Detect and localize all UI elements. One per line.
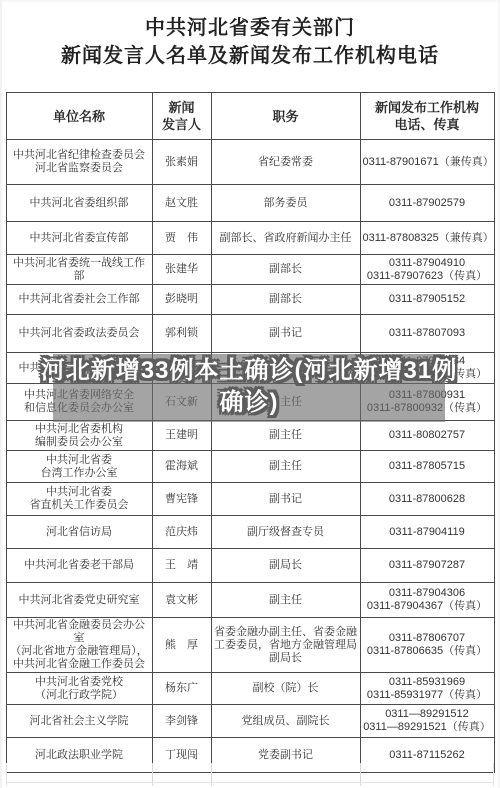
col-header-phone: 新闻发布工作机构 电话、传真 bbox=[360, 93, 494, 140]
unit-cell: 中共河北省委党史研究室 bbox=[6, 583, 152, 618]
position-cell: 副主任 bbox=[211, 421, 360, 451]
spokesperson-cell: 赵文胜 bbox=[152, 185, 211, 222]
table-row: 河北政法职业学院 丁现闯 党委副书记 0311-87115262 bbox=[6, 738, 494, 773]
table-row: 中共河北省委机构 编制委员会办公室 王建明 副主任 0311-80802757 bbox=[6, 421, 494, 451]
unit-cell: 中共河北省委组织部 bbox=[6, 185, 152, 222]
table-continuation-line bbox=[6, 782, 494, 783]
phone-cell: 0311-87905152 bbox=[360, 285, 494, 315]
spokesperson-cell: 丁现闯 bbox=[152, 738, 211, 773]
position-cell: 党委副书记 bbox=[211, 738, 360, 773]
phone-cell: 0311-87115262 bbox=[360, 738, 494, 773]
spokesperson-cell: 范庆炜 bbox=[152, 516, 211, 549]
title-line-2: 新闻发言人名单及新闻发布工作机构电话 bbox=[0, 42, 500, 70]
phone-cell: 0311-80802757 bbox=[360, 421, 494, 451]
table-row: 中共河北省纪律检查委员会 河北省监察委员会 张素娟 省纪委常委 0311-879… bbox=[6, 140, 494, 185]
page: 中共河北省委有关部门 新闻发言人名单及新闻发布工作机构电话 单位名称 新闻 发言… bbox=[0, 0, 500, 788]
spokesperson-cell: 曹宪锋 bbox=[152, 483, 211, 516]
phone-cell: 0311-87904306 0311-87904367（传真） bbox=[360, 583, 494, 618]
watermark-overlay: 河北新增33例本土确诊(河北新增31例 确诊) bbox=[53, 354, 445, 422]
spokesperson-cell: 霍海斌 bbox=[152, 451, 211, 483]
table-header-row: 单位名称 新闻 发言人 职务 新闻发布工作机构 电话、传真 bbox=[6, 93, 494, 140]
col-header-unit: 单位名称 bbox=[6, 93, 152, 140]
unit-cell: 中共河北省委政法委员会 bbox=[6, 315, 152, 353]
table-row: 中共河北省委 省直机关工作委员会 曹宪锋 副书记 0311-87800628 bbox=[6, 483, 494, 516]
table-row: 中共河北省委老干部局 王 靖 副局长 0311-87907287 bbox=[6, 549, 494, 583]
table-row: 中共河北省委统一战线工作部 张建华 副部长 0311-87904910 0311… bbox=[6, 255, 494, 285]
phone-cell: 0311-85931969 0311-85931977（传真） bbox=[360, 673, 494, 705]
phone-cell: 0311-87904119 bbox=[360, 516, 494, 549]
phone-cell: 0311-87806707 0311-87806635（传真） bbox=[360, 618, 494, 673]
phone-cell: 0311—89291512 0311—89291521（传真） bbox=[360, 705, 494, 738]
position-cell: 省纪委常委 bbox=[211, 140, 360, 185]
phone-cell: 0311-87807093 bbox=[360, 315, 494, 353]
spokesperson-cell: 袁文彬 bbox=[152, 583, 211, 618]
phone-cell: 0311-87800628 bbox=[360, 483, 494, 516]
table-row: 中共河北省委政法委员会 郭利锁 副书记 0311-87807093 bbox=[6, 315, 494, 353]
unit-cell: 中共河北省委 台湾工作办公室 bbox=[6, 451, 152, 483]
phone-cell: 0311-87904910 0311-87907623（传真） bbox=[360, 255, 494, 285]
position-cell: 副主任 bbox=[211, 583, 360, 618]
table-row: 中共河北省委宣传部 贾 伟 副部长、省政府新闻办主任 0311-87808325… bbox=[6, 222, 494, 255]
spokesperson-cell: 贾 伟 bbox=[152, 222, 211, 255]
phone-cell: 0311-87907287 bbox=[360, 549, 494, 583]
unit-cell: 中共河北省金融委员会办公室 （河北省地方金融管理局）， 中共河北省金融工作委员会 bbox=[6, 618, 152, 673]
watermark-line-1: 河北新增33例本土确诊(河北新增31例 bbox=[28, 355, 470, 387]
table-row: 河北省信访局 范庆炜 副厅级督查专员 0311-87904119 bbox=[6, 516, 494, 549]
title-line-1: 中共河北省委有关部门 bbox=[0, 14, 500, 42]
unit-cell: 中共河北省纪律检查委员会 河北省监察委员会 bbox=[6, 140, 152, 185]
unit-cell: 河北省社会主义学院 bbox=[6, 705, 152, 738]
watermark-line-2: 确诊) bbox=[28, 387, 470, 419]
unit-cell: 中共河北省委社会工作部 bbox=[6, 285, 152, 315]
position-cell: 副局长 bbox=[211, 549, 360, 583]
phone-cell: 0311-87805715 bbox=[360, 451, 494, 483]
table-row: 河北省社会主义学院 李剑锋 党组成员、副院长 0311—89291512 031… bbox=[6, 705, 494, 738]
col-header-position: 职务 bbox=[211, 93, 360, 140]
spokesperson-cell: 郭利锁 bbox=[152, 315, 211, 353]
col-header-spokesperson: 新闻 发言人 bbox=[152, 93, 211, 140]
unit-cell: 中共河北省委宣传部 bbox=[6, 222, 152, 255]
position-cell: 副书记 bbox=[211, 315, 360, 353]
table-row: 中共河北省委党校 （河北行政学院） 杨东广 副校（院）长 0311-859319… bbox=[6, 673, 494, 705]
table-row: 中共河北省委党史研究室 袁文彬 副主任 0311-87904306 0311-8… bbox=[6, 583, 494, 618]
position-cell: 党组成员、副院长 bbox=[211, 705, 360, 738]
position-cell: 副部长 bbox=[211, 255, 360, 285]
spokesperson-cell: 李剑锋 bbox=[152, 705, 211, 738]
position-cell: 副书记 bbox=[211, 483, 360, 516]
page-title: 中共河北省委有关部门 新闻发言人名单及新闻发布工作机构电话 bbox=[0, 14, 500, 70]
watermark-text: 河北新增33例本土确诊(河北新增31例 确诊) bbox=[28, 355, 470, 419]
spokesperson-cell: 熊 厚 bbox=[152, 618, 211, 673]
table-row: 中共河北省委 台湾工作办公室 霍海斌 副主任 0311-87805715 bbox=[6, 451, 494, 483]
unit-cell: 中共河北省委统一战线工作部 bbox=[6, 255, 152, 285]
unit-cell: 河北政法职业学院 bbox=[6, 738, 152, 773]
spokesperson-cell: 王 靖 bbox=[152, 549, 211, 583]
position-cell: 副厅级督查专员 bbox=[211, 516, 360, 549]
unit-cell: 河北省信访局 bbox=[6, 516, 152, 549]
unit-cell: 中共河北省委机构 编制委员会办公室 bbox=[6, 421, 152, 451]
spokesperson-table: 单位名称 新闻 发言人 职务 新闻发布工作机构 电话、传真 中共河北省纪律检查委… bbox=[6, 92, 495, 773]
phone-cell: 0311-87902579 bbox=[360, 185, 494, 222]
phone-cell: 0311-87901671（兼传真） bbox=[360, 140, 494, 185]
table-row: 中共河北省委组织部 赵文胜 部务委员 0311-87902579 bbox=[6, 185, 494, 222]
phone-cell: 0311-87808325（兼传真） bbox=[360, 222, 494, 255]
position-cell: 副主任 bbox=[211, 451, 360, 483]
unit-cell: 中共河北省委党校 （河北行政学院） bbox=[6, 673, 152, 705]
position-cell: 副部长 bbox=[211, 285, 360, 315]
spokesperson-cell: 张素娟 bbox=[152, 140, 211, 185]
position-cell: 副部长、省政府新闻办主任 bbox=[211, 222, 360, 255]
table-row: 中共河北省委社会工作部 彭晓明 副部长 0311-87905152 bbox=[6, 285, 494, 315]
spokesperson-cell: 张建华 bbox=[152, 255, 211, 285]
unit-cell: 中共河北省委老干部局 bbox=[6, 549, 152, 583]
spokesperson-cell: 王建明 bbox=[152, 421, 211, 451]
unit-cell: 中共河北省委 省直机关工作委员会 bbox=[6, 483, 152, 516]
spokesperson-cell: 杨东广 bbox=[152, 673, 211, 705]
table-row: 中共河北省金融委员会办公室 （河北省地方金融管理局）， 中共河北省金融工作委员会… bbox=[6, 618, 494, 673]
position-cell: 部务委员 bbox=[211, 185, 360, 222]
position-cell: 省委金融办副主任、省委金融 工委委员，省地方金融管理局 副局长 bbox=[211, 618, 360, 673]
position-cell: 副校（院）长 bbox=[211, 673, 360, 705]
spokesperson-cell: 彭晓明 bbox=[152, 285, 211, 315]
